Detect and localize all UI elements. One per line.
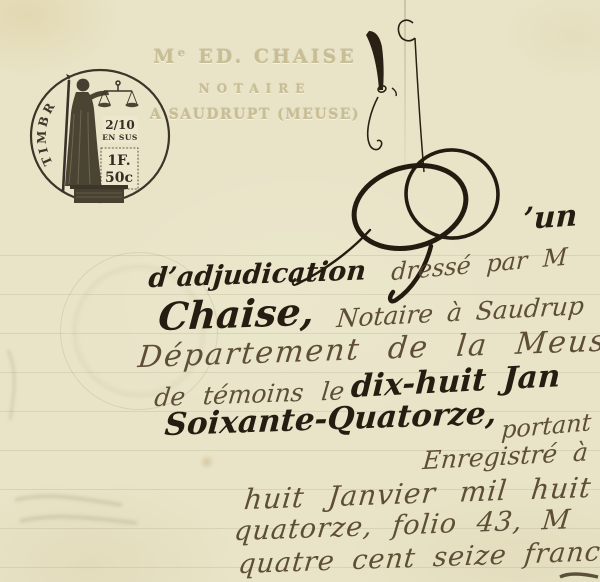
document-page: Mᵉ ED. CHAISE NOTAIRE A SAUDRUPT (MEUSE)… xyxy=(0,0,600,582)
pen-stroke-flourish xyxy=(398,20,424,172)
show-through-marks xyxy=(8,350,137,523)
clipped-line-strokes xyxy=(560,574,598,577)
handwritten-fragment-un: ’un xyxy=(523,198,578,237)
handwritten-line2-chaise: Chaise, xyxy=(157,289,316,340)
numero-flourish-icon xyxy=(366,31,396,150)
